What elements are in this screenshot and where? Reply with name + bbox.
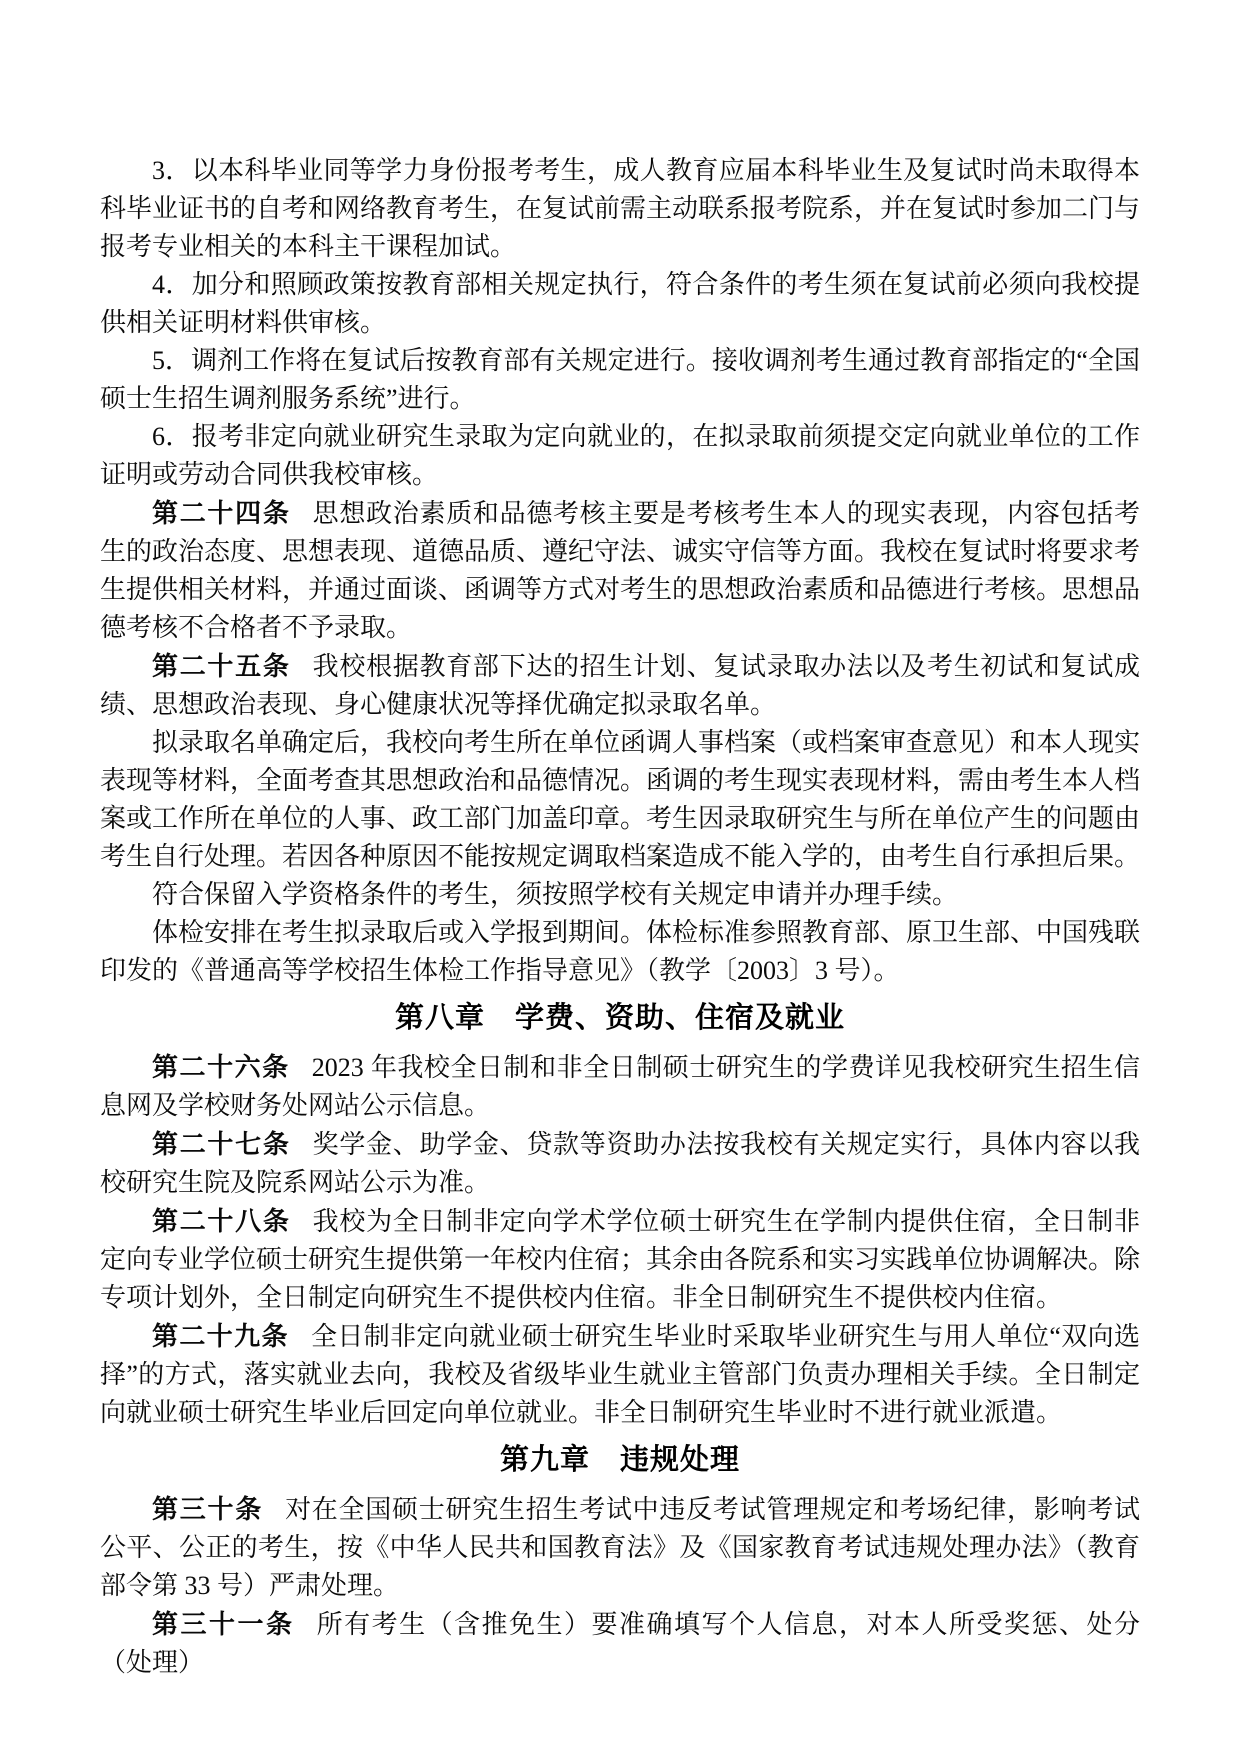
article-30-number: 第三十条 xyxy=(152,1494,263,1524)
clause-6-paragraph: 6．报考非定向就业研究生录取为定向就业的，在拟录取前须提交定向就业单位的工作证明… xyxy=(100,418,1140,494)
paragraph-text: 体检安排在考生拟录取后或入学报到期间。体检标准参照教育部、原卫生部、中国残联印发… xyxy=(100,918,1140,985)
clause-5-paragraph: 5．调剂工作将在复试后按教育部有关规定进行。接收调剂考生通过教育部指定的“全国硕… xyxy=(100,342,1140,418)
paragraph-text: 5．调剂工作将在复试后按教育部有关规定进行。接收调剂考生通过教育部指定的“全国硕… xyxy=(100,346,1140,413)
clause-4-paragraph: 4．加分和照顾政策按教育部相关规定执行，符合条件的考生须在复试前必须向我校提供相… xyxy=(100,266,1140,342)
chapter-8-heading: 第八章 学费、资助、住宿及就业 xyxy=(100,997,1140,1039)
article-28-paragraph: 第二十八条我校为全日制非定向学术学位硕士研究生在学制内提供住宿，全日制非定向专业… xyxy=(100,1202,1140,1317)
article-31-paragraph: 第三十一条所有考生（含推免生）要准确填写个人信息，对本人所受奖惩、处分（处理） xyxy=(100,1605,1140,1682)
article-25-number: 第二十五条 xyxy=(152,651,291,681)
deferred-enrollment-paragraph: 符合保留入学资格条件的考生，须按照学校有关规定申请并办理手续。 xyxy=(100,876,1140,914)
clause-3-paragraph: 3．以本科毕业同等学力身份报考考生，成人教育应届本科毕业生及复试时尚未取得本科毕… xyxy=(100,152,1140,266)
article-27-number: 第二十七条 xyxy=(152,1129,291,1159)
article-29-number: 第二十九条 xyxy=(152,1321,289,1351)
article-24-paragraph: 第二十四条思想政治素质和品德考核主要是考核考生本人的现实表现，内容包括考生的政治… xyxy=(100,494,1140,647)
paragraph-text: 4．加分和照顾政策按教育部相关规定执行，符合条件的考生须在复试前必须向我校提供相… xyxy=(100,270,1140,337)
article-26-paragraph: 第二十六条2023 年我校全日制和非全日制硕士研究生的学费详见我校研究生招生信息… xyxy=(100,1048,1140,1125)
document-page: 3．以本科毕业同等学力身份报考考生，成人教育应届本科毕业生及复试时尚未取得本科毕… xyxy=(0,0,1240,1754)
article-26-number: 第二十六条 xyxy=(152,1052,290,1082)
chapter-9-heading: 第九章 违规处理 xyxy=(100,1439,1140,1481)
document-body: 3．以本科毕业同等学力身份报考考生，成人教育应届本科毕业生及复试时尚未取得本科毕… xyxy=(100,152,1140,1682)
paragraph-text: 符合保留入学资格条件的考生，须按照学校有关规定申请并办理手续。 xyxy=(152,880,958,909)
article-30-paragraph: 第三十条对在全国硕士研究生招生考试中违反考试管理规定和考场纪律，影响考试公平、公… xyxy=(100,1490,1140,1605)
physical-exam-paragraph: 体检安排在考生拟录取后或入学报到期间。体检标准参照教育部、原卫生部、中国残联印发… xyxy=(100,914,1140,990)
article-24-number: 第二十四条 xyxy=(152,498,291,528)
paragraph-text: 拟录取名单确定后，我校向考生所在单位函调人事档案（或档案审查意见）和本人现实表现… xyxy=(100,728,1140,871)
article-25-paragraph: 第二十五条我校根据教育部下达的招生计划、复试录取办法以及考生初试和复试成绩、思想… xyxy=(100,647,1140,724)
article-29-paragraph: 第二十九条全日制非定向就业硕士研究生毕业时采取毕业研究生与用人单位“双向选择”的… xyxy=(100,1317,1140,1432)
article-31-number: 第三十一条 xyxy=(152,1609,294,1639)
paragraph-text: 6．报考非定向就业研究生录取为定向就业的，在拟录取前须提交定向就业单位的工作证明… xyxy=(100,422,1140,489)
admission-list-paragraph: 拟录取名单确定后，我校向考生所在单位函调人事档案（或档案审查意见）和本人现实表现… xyxy=(100,724,1140,876)
article-27-paragraph: 第二十七条奖学金、助学金、贷款等资助办法按我校有关规定实行，具体内容以我校研究生… xyxy=(100,1125,1140,1202)
article-28-number: 第二十八条 xyxy=(152,1206,291,1236)
paragraph-text: 3．以本科毕业同等学力身份报考考生，成人教育应届本科毕业生及复试时尚未取得本科毕… xyxy=(100,156,1140,261)
